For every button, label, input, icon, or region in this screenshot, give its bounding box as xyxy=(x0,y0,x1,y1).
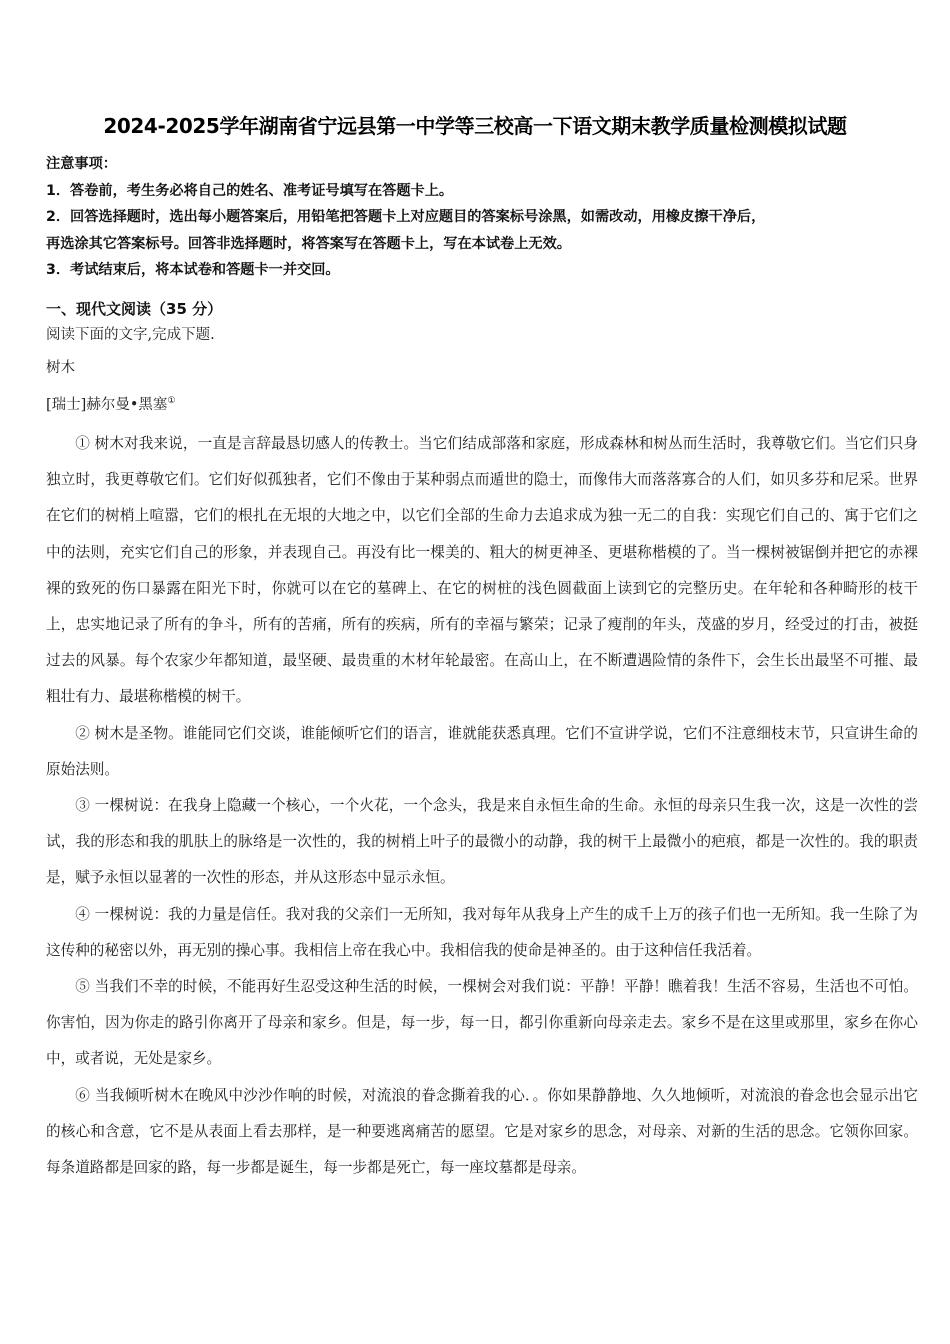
document-title: 2024-2025学年湖南省宁远县第一中学等三校高一下语文期末教学质量检测模拟试… xyxy=(0,112,950,140)
article-paragraph-1: ① 树木对我来说，一直是言辞最恳切感人的传教士。当它们结成部落和家庭，形成森林和… xyxy=(46,426,918,716)
notes-item: 再选涂其它答案标号。回答非选择题时，将答案写在答题卡上，写在本试卷上无效。 xyxy=(46,231,916,258)
article-paragraph-3: ③ 一棵树说：在我身上隐藏一个核心，一个火花，一个念头，我是来自永恒生命的生命。… xyxy=(46,788,918,897)
reading-instruction: 阅读下面的文字,完成下题. xyxy=(46,324,215,346)
notes-item: 2．回答选择题时，选出每小题答案后，用铅笔把答题卡上对应题目的答案标号涂黑，如需… xyxy=(46,204,916,231)
author-name: [瑞士]赫尔曼•黑塞 xyxy=(46,397,167,413)
footnote-mark: ① xyxy=(167,396,175,406)
article-paragraph-4: ④ 一棵树说：我的力量是信任。我对我的父亲们一无所知，我对每年从我身上产生的成千… xyxy=(46,897,918,969)
notes-heading: 注意事项： xyxy=(46,151,916,178)
article-body: ① 树木对我来说，一直是言辞最恳切感人的传教士。当它们结成部落和家庭，形成森林和… xyxy=(46,426,918,1186)
notes-item: 3．考试结束后，将本试卷和答题卡一并交回。 xyxy=(46,257,916,284)
article-title: 树木 xyxy=(46,357,75,379)
article-paragraph-2: ② 树木是圣物。谁能同它们交谈，谁能倾听它们的语言，谁就能获悉真理。它们不宣讲学… xyxy=(46,716,918,788)
article-author: [瑞士]赫尔曼•黑塞① xyxy=(46,390,175,416)
exam-page: 2024-2025学年湖南省宁远县第一中学等三校高一下语文期末教学质量检测模拟试… xyxy=(0,0,950,1344)
notes-item: 1．答卷前，考生务必将自己的姓名、准考证号填写在答题卡上。 xyxy=(46,178,916,205)
article-paragraph-5: ⑤ 当我们不幸的时候，不能再好生忍受这种生活的时候，一棵树会对我们说：平静！平静… xyxy=(46,969,918,1078)
article-paragraph-6: ⑥ 当我倾听树木在晚风中沙沙作响的时候，对流浪的眷念撕着我的心．。你如果静静地、… xyxy=(46,1078,918,1187)
exam-notes: 注意事项： 1．答卷前，考生务必将自己的姓名、准考证号填写在答题卡上。 2．回答… xyxy=(46,151,916,284)
section-heading: 一、现代文阅读（35 分） xyxy=(46,298,222,320)
